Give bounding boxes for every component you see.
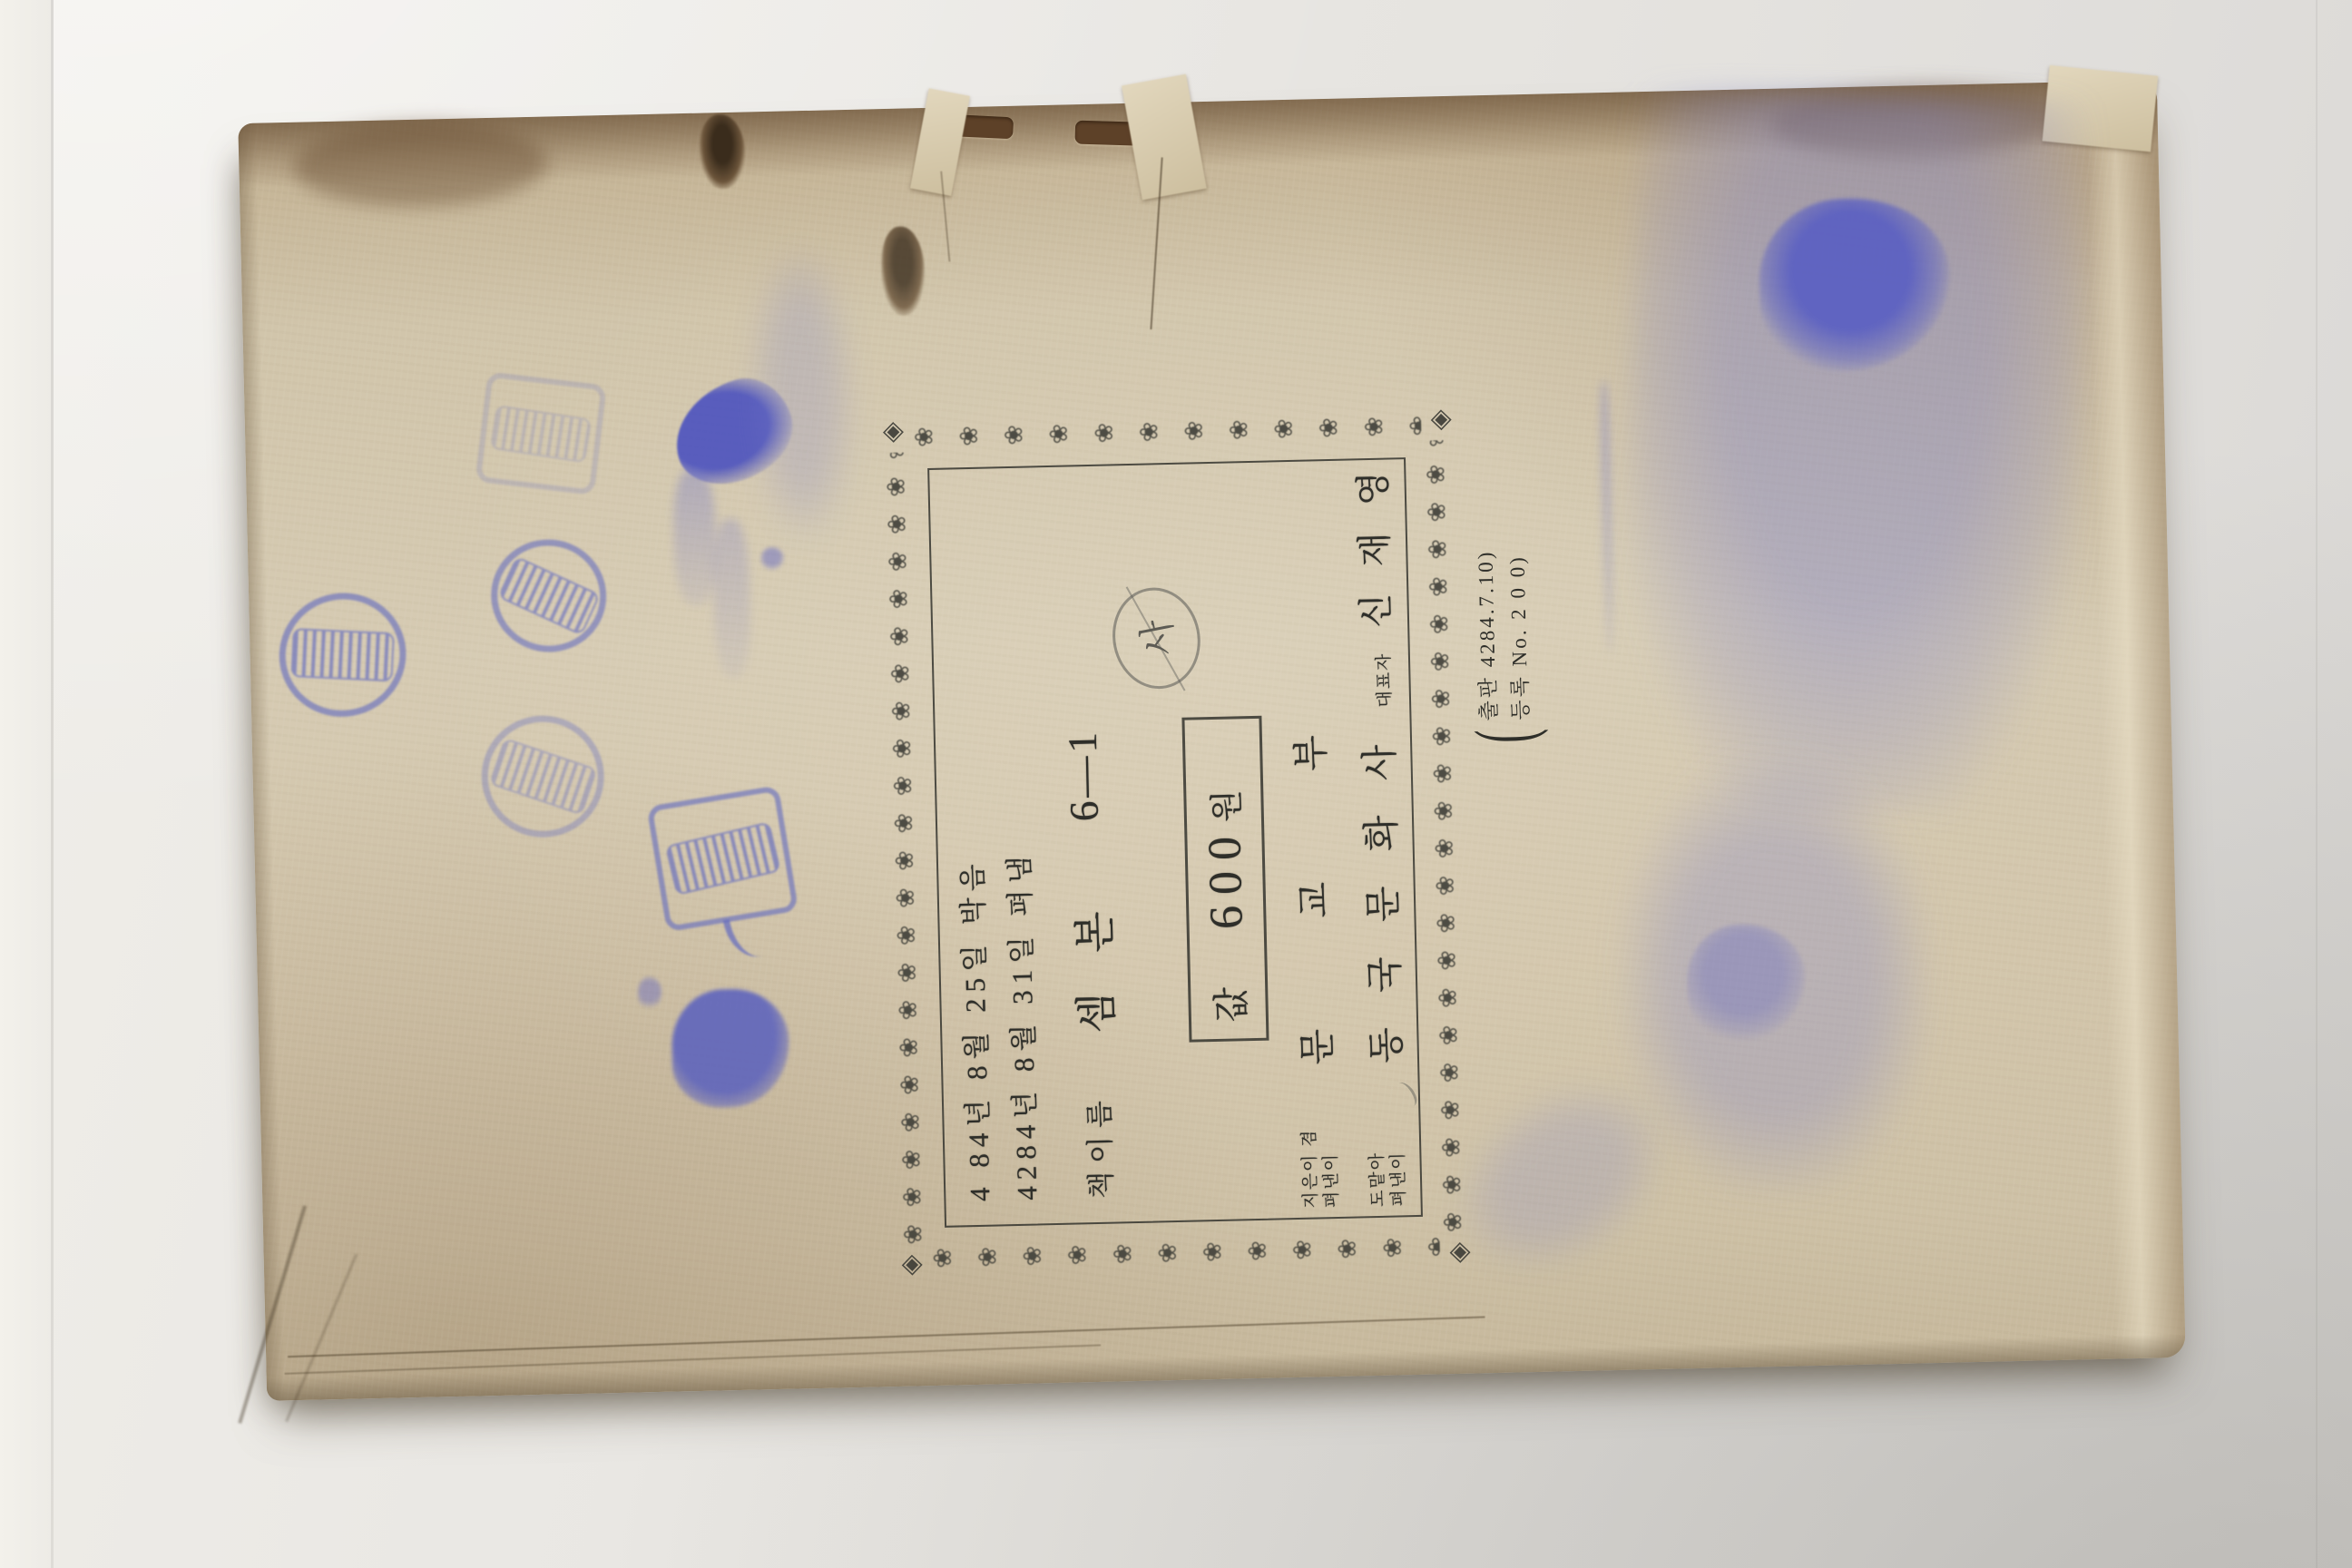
corner-diamond-icon: ◈ [895, 1254, 927, 1276]
book-title: 셈 본 [1061, 897, 1124, 1034]
price-unit: 원 [1199, 789, 1249, 823]
backdrop-right-seam [2316, 0, 2318, 1568]
pencil-tick-mark [1392, 1079, 1419, 1111]
colophon-inner-frame: 4 84년 8월 25일 박음 4284년 8월 31일 펴냄 책이름 셈 본 … [927, 457, 1423, 1228]
publisher-label-line1: 도맡아 [1367, 1151, 1389, 1208]
representative-label: 대표자 [1375, 652, 1396, 708]
author-label-line2: 펴낸이 [1321, 1128, 1344, 1209]
author-label: 지은이 겸 펴낸이 [1300, 1128, 1344, 1209]
rect-stamp [646, 785, 799, 932]
price-amount: 600 [1198, 825, 1254, 929]
publisher-label: 도맡아 펴낸이 [1367, 1151, 1410, 1207]
solid-blob-fill [671, 987, 791, 1109]
ink-splash-tail [672, 468, 717, 605]
oval-stamp-2 [482, 530, 616, 661]
oval-stamp-3 [473, 707, 612, 846]
registration-note: ( 출판 4284.7.10) 등록 No. 2 0 0) [1468, 548, 1534, 743]
published-date-line: 4284년 8월 31일 펴냄 [996, 849, 1045, 1200]
price-label: 값 [1202, 986, 1255, 1023]
purple-ink-wash-large [1616, 88, 2091, 818]
corner-diamond-icon: ◈ [1443, 1242, 1475, 1264]
photo-of-book-back-cover: ❀ ❀ ❀ ❀ ❀ ❀ ❀ ❀ ❀ ❀ ❀ ❀ ❀ ❀ ❀ ❀ ❀ ❀ ❀ ❀ … [0, 0, 2352, 1568]
pencil-circled-sa-annotation: 사 [1103, 580, 1209, 697]
oval-stamp-band [290, 628, 394, 682]
registration-open-paren: ( [1456, 729, 1552, 744]
publisher-label-line2: 펴낸이 [1388, 1151, 1410, 1207]
registration-lines: 출판 4284.7.10) 등록 No. 2 0 0) [1468, 548, 1534, 720]
book-back-cover: ❀ ❀ ❀ ❀ ❀ ❀ ❀ ❀ ❀ ❀ ❀ ❀ ❀ ❀ ❀ ❀ ❀ ❀ ❀ ❀ … [238, 80, 2185, 1401]
printed-date-line: 4 84년 8월 25일 박음 [949, 857, 998, 1202]
registration-line-number: 등록 No. 2 0 0) [1500, 548, 1534, 720]
solid-blob-stamp [668, 983, 793, 1114]
book-volume: 6—1 [1059, 729, 1108, 822]
ink-splash-wash [750, 248, 856, 540]
book-title-label: 책이름 [1076, 1093, 1120, 1200]
publisher-value: 동 국 문 화 사 [1349, 731, 1410, 1063]
registration-line-publication: 출판 4284.7.10) [1468, 549, 1502, 721]
author-label-line1: 지은이 겸 [1300, 1128, 1323, 1209]
ghost-stamp [475, 371, 606, 495]
author-value: 문 교 부 [1279, 684, 1341, 1066]
backdrop-left-strip [0, 0, 51, 1568]
backdrop-seam-line [51, 0, 54, 1568]
corner-diamond-icon: ◈ [1424, 409, 1456, 431]
price-box: 값 600 원 [1181, 716, 1269, 1043]
corner-diamond-icon: ◈ [876, 422, 908, 444]
representative-value: 신 재 영 [1345, 462, 1399, 629]
colophon-box: ❀ ❀ ❀ ❀ ❀ ❀ ❀ ❀ ❀ ❀ ❀ ❀ ❀ ❀ ❀ ❀ ❀ ❀ ❀ ❀ … [877, 407, 1473, 1278]
